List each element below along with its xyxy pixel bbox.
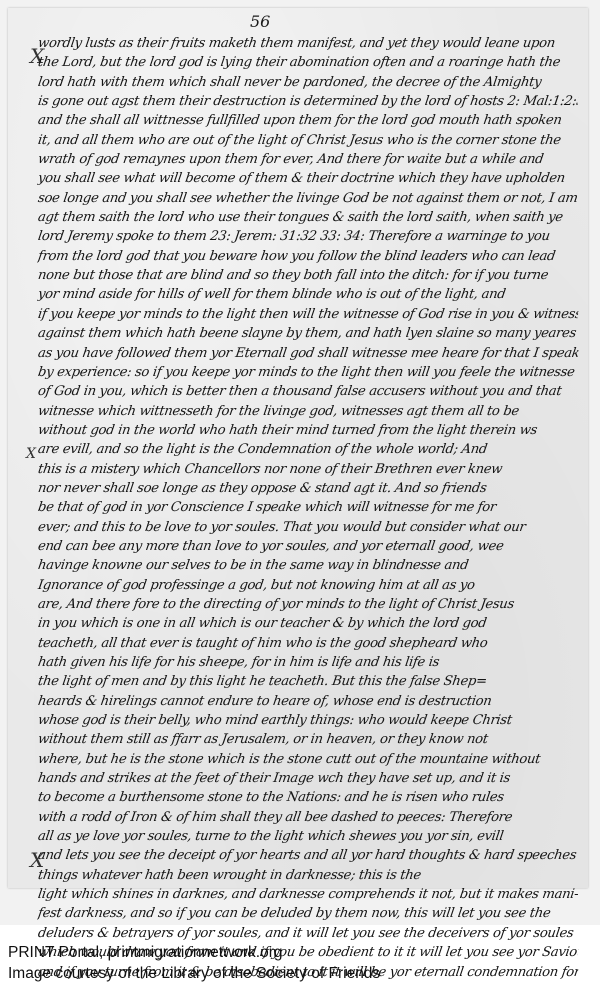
manuscript-line: nor never shall soe longe as they oppose…: [37, 479, 580, 498]
manuscript-line: lord hath with them which shall never be…: [37, 73, 580, 92]
manuscript-line: whose god is their belly, who mind earth…: [37, 711, 580, 730]
manuscript-line: ever; and this to be love to yor soules.…: [37, 518, 580, 537]
manuscript-line: by experience: so if you keepe yor minds…: [37, 363, 580, 382]
manuscript-line: hath given his life for his sheepe, for …: [37, 653, 580, 672]
manuscript-line: havinge knowne our selves to be in the s…: [37, 556, 580, 575]
manuscript-line: and the shall all wittnesse fullfilled u…: [37, 111, 580, 130]
manuscript-line: with a rodd of Iron & of him shall they …: [37, 808, 580, 827]
manuscript-scan: 56 X X X wordly lusts as their fruits ma…: [0, 0, 600, 925]
manuscript-line: wordly lusts as their fruits maketh them…: [37, 34, 580, 53]
manuscript-line: and lets you see the deceipt of yor hear…: [37, 846, 580, 865]
manuscript-line: light which shines in darknes, and darkn…: [37, 885, 580, 904]
manuscript-line: end can bee any more than love to yor so…: [37, 537, 580, 556]
caption-source: PRINT Portal, printmigrationnetwork.org: [8, 942, 380, 963]
manuscript-line: soe longe and you shall see whether the …: [37, 189, 580, 208]
manuscript-line: this is a mistery which Chancellors nor …: [37, 460, 580, 479]
manuscript-line: you shall see what will become of them &…: [37, 169, 580, 188]
manuscript-line: are, And there fore to the directing of …: [37, 595, 580, 614]
margin-cross-mark: X: [26, 446, 36, 462]
manuscript-line: without god in the world who hath their …: [37, 421, 580, 440]
manuscript-line: are evill, and so the light is the Conde…: [37, 440, 580, 459]
manuscript-line: agt them saith the lord who use their to…: [37, 208, 580, 227]
manuscript-line: hands and strikes at the feet of their I…: [37, 769, 580, 788]
manuscript-line: where, but he is the stone which is the …: [37, 750, 580, 769]
manuscript-line: is gone out agst them their destruction …: [37, 92, 580, 111]
manuscript-line: all as ye love yor soules, turne to the …: [37, 827, 580, 846]
manuscript-line: lord Jeremy spoke to them 23: Jerem: 31:…: [37, 227, 580, 246]
manuscript-line: none but those that are blind and so the…: [37, 266, 580, 285]
manuscript-line: against them which hath beene slayne by …: [37, 324, 580, 343]
manuscript-page: 56 X X X wordly lusts as their fruits ma…: [8, 8, 588, 888]
image-caption: PRINT Portal, printmigrationnetwork.org …: [8, 942, 380, 984]
manuscript-line: as you have followed them yor Eternall g…: [37, 344, 580, 363]
manuscript-line: yor mind aside for hills of well for the…: [37, 285, 580, 304]
manuscript-line: wrath of god remaynes upon them for ever…: [37, 150, 580, 169]
manuscript-line: from the lord god that you beware how yo…: [37, 247, 580, 266]
manuscript-line: to become a burthensome stone to the Nat…: [37, 788, 580, 807]
manuscript-line: in you which is one in all which is our …: [37, 614, 580, 633]
manuscript-line: teacheth, all that ever is taught of him…: [37, 634, 580, 653]
manuscript-line: it, and all them who are out of the ligh…: [37, 131, 580, 150]
handwritten-text-block: wordly lusts as their fruits maketh them…: [38, 34, 578, 982]
manuscript-line: deluders & betrayers of yor soules, and …: [37, 924, 580, 943]
caption-credit: Image courtesy of the Library of the Soc…: [8, 963, 380, 984]
manuscript-line: be that of god in yor Conscience I speak…: [37, 498, 580, 517]
manuscript-line: if you keepe yor minds to the light then…: [37, 305, 580, 324]
manuscript-line: without them still as ffarr as Jerusalem…: [37, 730, 580, 749]
manuscript-line: the light of men and by this light he te…: [37, 672, 580, 691]
manuscript-line: witnesse which wittnesseth for the livin…: [37, 402, 580, 421]
manuscript-line: Ignorance of god professinge a god, but …: [37, 576, 580, 595]
manuscript-line: heards & hirelings cannot endure to hear…: [37, 692, 580, 711]
manuscript-line: things whatever hath been wrought in dar…: [37, 866, 580, 885]
page-number: 56: [250, 12, 270, 31]
manuscript-line: fest darkness, and so if you can be delu…: [37, 904, 580, 923]
manuscript-line: of God in you, which is better then a th…: [37, 382, 580, 401]
manuscript-line: the Lord, but the lord god is lying thei…: [37, 53, 580, 72]
